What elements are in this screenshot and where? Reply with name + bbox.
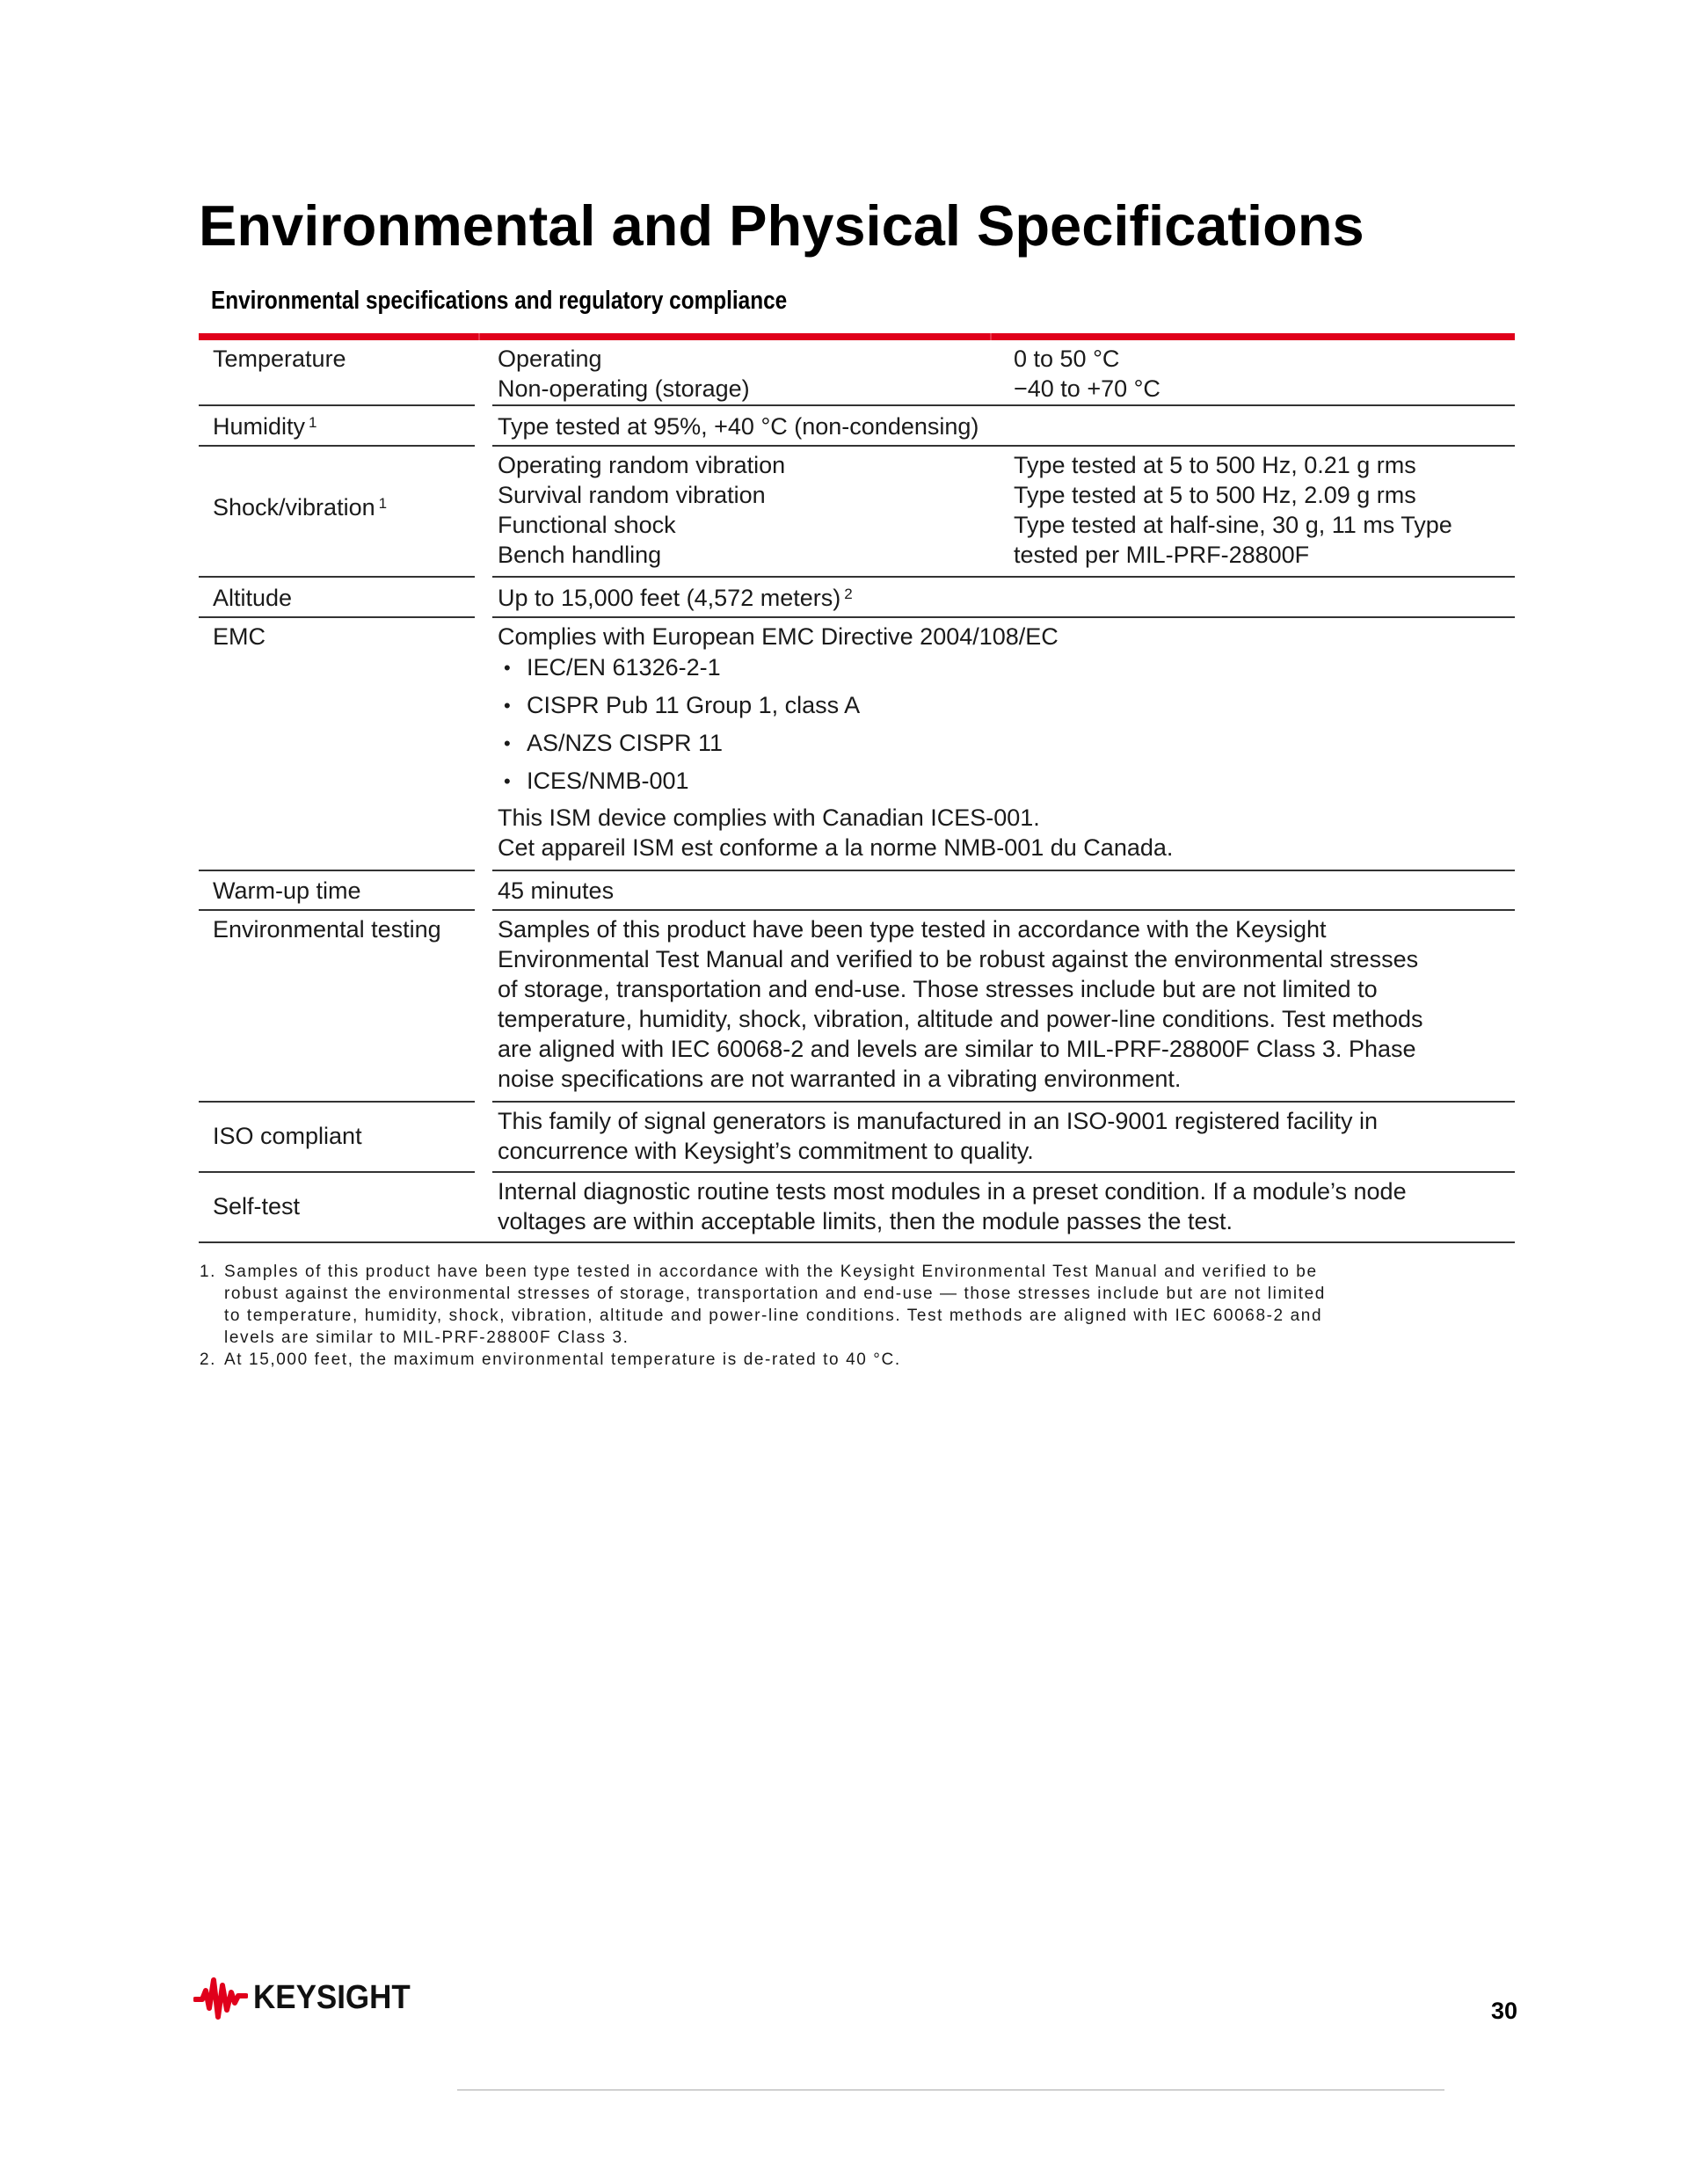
emc-standards-list: •IEC/EN 61326-2-1 •CISPR Pub 11 Group 1,…: [498, 649, 860, 800]
cell-text-line: of storage, transportation and end-use. …: [498, 974, 1378, 1004]
table-row-environmental-testing: Environmental testing Samples of this pr…: [199, 911, 1515, 1103]
cell-value: 45 minutes: [498, 876, 614, 906]
cell-text-line: voltages are within acceptable limits, t…: [498, 1206, 1233, 1236]
cell-condition: Bench handling: [498, 540, 661, 570]
row-label: Self-test: [213, 1191, 300, 1221]
footnote-ref: 1: [309, 414, 316, 431]
table-row-temperature: Temperature Operating 0 to 50 °C Non-ope…: [199, 340, 1515, 406]
footer-rule: [457, 2089, 1444, 2091]
table-row-self-test: Self-test Internal diagnostic routine te…: [199, 1173, 1515, 1243]
row-label: Warm-up time: [213, 876, 361, 906]
brand-name: KEYSIGHT: [253, 1979, 411, 2017]
table-bottom-rule: [199, 1241, 1515, 1243]
cell-text-line: Samples of this product have been type t…: [498, 914, 1327, 944]
table-row-humidity: Humidity1 Type tested at 95%, +40 °C (no…: [199, 406, 1515, 447]
list-item: •CISPR Pub 11 Group 1, class A: [498, 687, 860, 724]
row-label: Shock/vibration1: [213, 492, 387, 522]
cell-condition: Non-operating (storage): [498, 374, 750, 404]
cell-text-line: Environmental Test Manual and verified t…: [498, 944, 1418, 974]
cell-condition: Operating: [498, 344, 602, 374]
table-row-emc: EMC Complies with European EMC Directive…: [199, 618, 1515, 871]
cell-condition: Functional shock: [498, 510, 676, 540]
cell-value: Up to 15,000 feet (4,572 meters)2: [498, 583, 853, 613]
table-row-iso-compliant: ISO compliant This family of signal gene…: [199, 1103, 1515, 1173]
row-label: Temperature: [213, 344, 346, 374]
bullet-icon: •: [504, 762, 511, 800]
footnote-1: 1. Samples of this product have been typ…: [200, 1261, 1518, 1349]
footnote-ref: 1: [379, 495, 387, 512]
cell-value: Type tested at half-sine, 30 g, 11 ms Ty…: [1014, 510, 1452, 540]
cell-value: 0 to 50 °C: [1014, 344, 1119, 374]
bullet-icon: •: [504, 724, 511, 762]
cell-text-line: Internal diagnostic routine tests most m…: [498, 1176, 1407, 1206]
emc-note-en: This ISM device complies with Canadian I…: [498, 803, 1040, 833]
row-label: Altitude: [213, 583, 292, 613]
emc-note-fr: Cet appareil ISM est conforme a la norme…: [498, 833, 1173, 863]
cell-value: tested per MIL-PRF-28800F: [1014, 540, 1309, 570]
cell-value: −40 to +70 °C: [1014, 374, 1160, 404]
cell-text-line: are aligned with IEC 60068-2 and levels …: [498, 1034, 1416, 1064]
list-item: •IEC/EN 61326-2-1: [498, 649, 860, 687]
row-label: Humidity1: [213, 411, 317, 441]
row-label: ISO compliant: [213, 1121, 362, 1151]
cell-text-line: noise specifications are not warranted i…: [498, 1064, 1181, 1094]
page-title: Environmental and Physical Specification…: [199, 197, 1364, 254]
footnote-ref: 2: [844, 586, 852, 602]
section-title: Environmental specifications and regulat…: [211, 288, 787, 314]
table-header-rule: [199, 333, 1515, 340]
cell-text-line: temperature, humidity, shock, vibration,…: [498, 1004, 1423, 1034]
row-label: Environmental testing: [213, 914, 441, 944]
table-row-shock-vibration: Shock/vibration1 Operating random vibrat…: [199, 447, 1515, 578]
cell-text-line: concurrence with Keysight’s commitment t…: [498, 1136, 1034, 1166]
list-item: •ICES/NMB-001: [498, 762, 860, 800]
cell-condition: Operating random vibration: [498, 450, 785, 480]
table-row-warmup: Warm-up time 45 minutes: [199, 871, 1515, 911]
column-seam: [478, 333, 480, 340]
row-label: EMC: [213, 622, 266, 652]
cell-value: Type tested at 95%, +40 °C (non-condensi…: [498, 411, 979, 441]
footnote-2: 2. At 15,000 feet, the maximum environme…: [200, 1349, 1518, 1371]
bullet-icon: •: [504, 687, 511, 724]
footnotes: 1. Samples of this product have been typ…: [200, 1261, 1518, 1371]
table-row-altitude: Altitude Up to 15,000 feet (4,572 meters…: [199, 578, 1515, 618]
cell-text-line: This family of signal generators is manu…: [498, 1106, 1378, 1136]
page-number: 30: [1491, 1998, 1517, 2025]
cell-condition: Survival random vibration: [498, 480, 766, 510]
cell-value: Type tested at 5 to 500 Hz, 2.09 g rms: [1014, 480, 1416, 510]
cell-value: Type tested at 5 to 500 Hz, 0.21 g rms: [1014, 450, 1416, 480]
list-item: •AS/NZS CISPR 11: [498, 724, 860, 762]
column-seam: [990, 333, 992, 340]
emc-intro: Complies with European EMC Directive 200…: [498, 622, 1059, 652]
keysight-logo: KEYSIGHT: [193, 1973, 424, 2022]
waveform-icon: [193, 1973, 248, 2022]
bullet-icon: •: [504, 649, 511, 687]
